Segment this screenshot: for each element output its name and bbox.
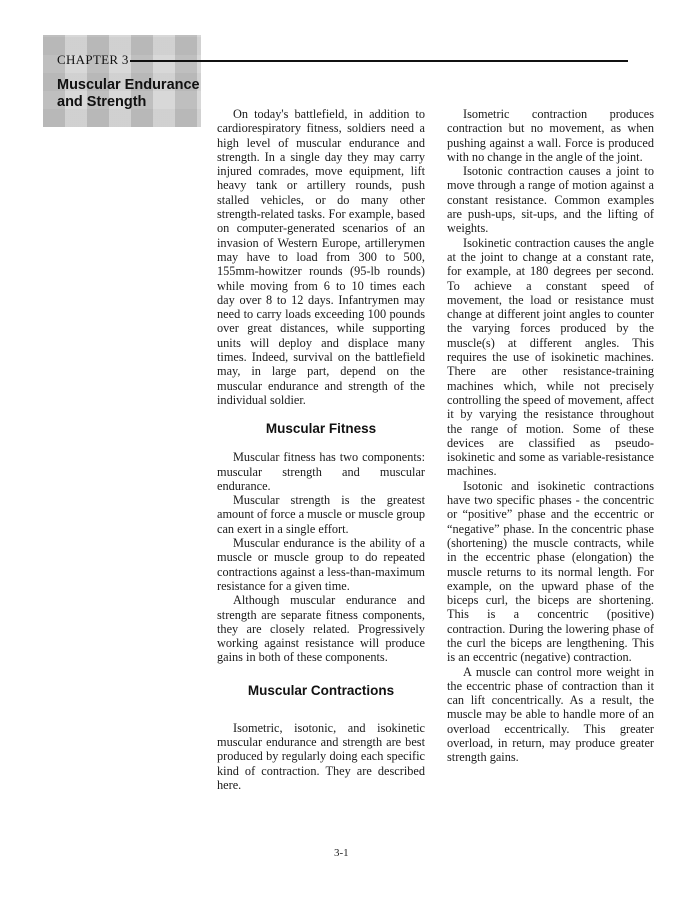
paragraph: Although muscular endurance and strength… [217, 593, 425, 664]
intro-paragraph: On today's battlefield, in addition to c… [217, 107, 425, 407]
left-column: On today's battlefield, in addition to c… [217, 107, 425, 792]
chapter-label: CHAPTER 3 [57, 52, 129, 68]
paragraph-phases: Isotonic and isokinetic contractions hav… [447, 479, 654, 665]
chapter-title: Muscular Endurance and Strength [57, 77, 207, 111]
section-heading-muscular-fitness: Muscular Fitness [217, 421, 425, 437]
section-heading-muscular-contractions: Muscular Contractions [217, 683, 425, 699]
paragraph: Isometric, isotonic, and isokinetic musc… [217, 721, 425, 792]
page-number: 3-1 [334, 847, 349, 859]
paragraph-eccentric-overload: A muscle can control more weight in the … [447, 665, 654, 765]
paragraph: Muscular fitness has two components: mus… [217, 450, 425, 493]
paragraph-isotonic: Isotonic contraction causes a joint to m… [447, 164, 654, 235]
paragraph: Muscular endurance is the ability of a m… [217, 536, 425, 593]
paragraph-isokinetic: Isokinetic contraction causes the angle … [447, 236, 654, 479]
chapter-rule-divider [130, 60, 628, 62]
paragraph: Muscular strength is the greatest amount… [217, 493, 425, 536]
right-column: Isometric contraction produces contracti… [447, 107, 654, 765]
paragraph-isometric: Isometric contraction produces contracti… [447, 107, 654, 164]
